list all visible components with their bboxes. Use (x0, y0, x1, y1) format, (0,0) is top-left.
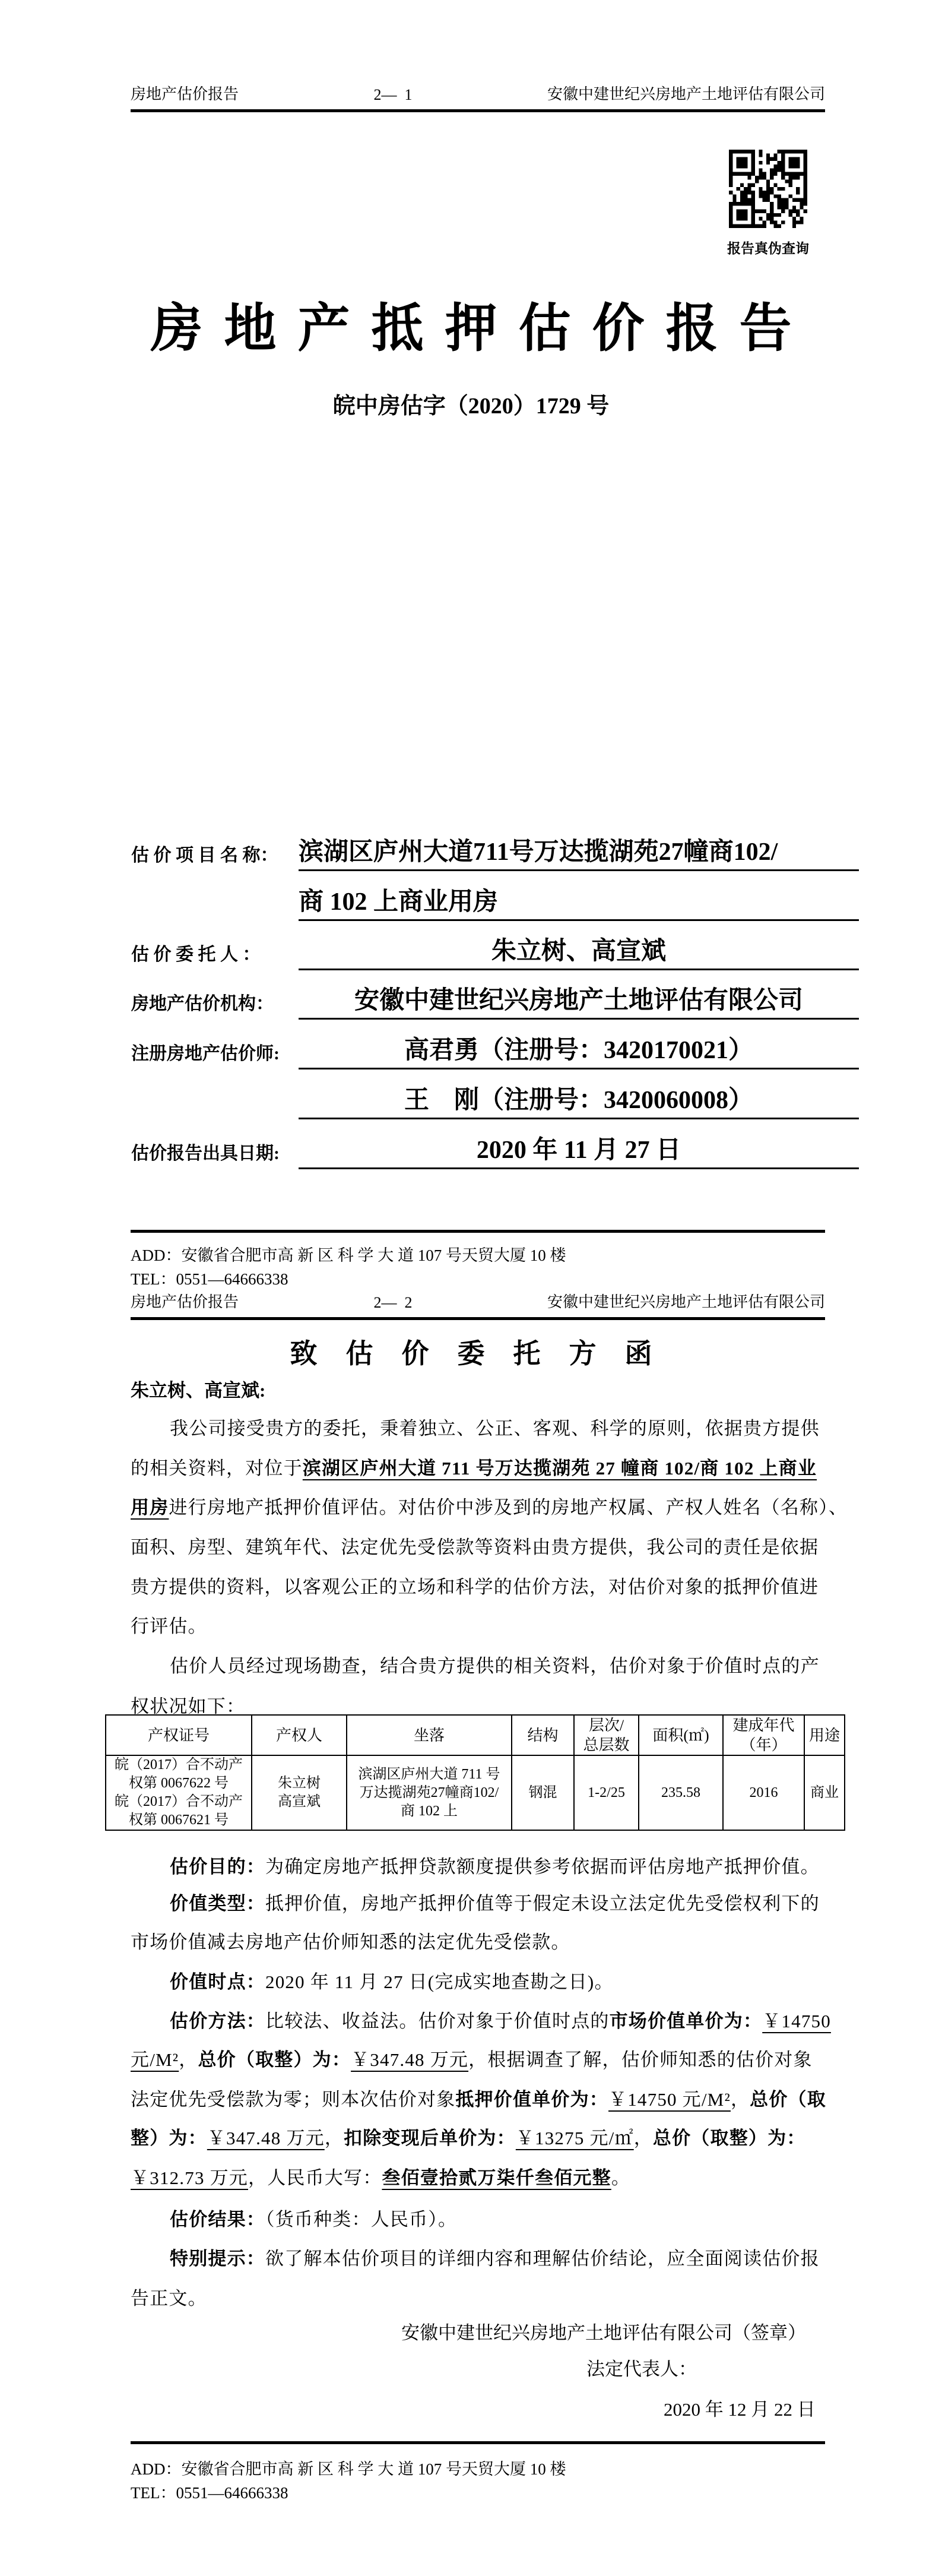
body-line: 的相关资料，对位于滨湖区庐州大道 711 号万达揽湖苑 27 幢商 102/商 … (131, 1453, 843, 1480)
report-number: 皖中房估字（2020）1729 号 (0, 387, 942, 420)
cover-field-project-name-line2: 商 102 上商业用房 (131, 886, 859, 921)
field-value: 滨湖区庐州大道711号万达揽湖苑27幢商102/ (299, 836, 859, 871)
body-line: 我公司接受贵方的委托，秉着独立、公正、客观、科学的原则，依据贵方提供 (131, 1413, 882, 1440)
field-label: 注册房地产估价师: (131, 1039, 299, 1069)
document: 房地产估价报告 2— 1 安徽中建世纪兴房地产土地评估有限公司 报告真伪查询 房… (0, 0, 942, 2576)
body-line: 法定优先受偿款为零；则本次估价对象抵押价值单价为：￥14750 元/M²，总价（… (131, 2084, 843, 2111)
page2-header: 房地产估价报告 2— 2 安徽中建世纪兴房地产土地评估有限公司 (131, 1290, 825, 1320)
col-location: 坐落 (347, 1715, 512, 1755)
body-line: 面积、房型、建筑年代、法定优先受偿款等资料由贵方提供，我公司的责任是依据 (131, 1532, 843, 1559)
body-line: 告正文。 (131, 2283, 843, 2310)
cover-field-client: 估 价 委 托 人 ： 朱立树、高宣斌 (131, 935, 859, 970)
field-value: 商 102 上商业用房 (299, 886, 859, 921)
cell-floor: 1-2/25 (574, 1755, 639, 1830)
cell-location: 滨湖区庐州大道 711 号 万达揽湖苑27幢商102/ 商 102 上 (347, 1755, 512, 1830)
footer-address: ADD：安徽省合肥市高 新 区 科 学 大 道 107 号天贸大厦 10 楼 (131, 1242, 566, 1265)
field-value: 高君勇（注册号：3420170021） (299, 1034, 859, 1069)
body-line: 行评估。 (131, 1611, 843, 1638)
letter-title: 致估价委托方函 (0, 1332, 942, 1371)
field-value: 王 刚（注册号：3420060008） (299, 1084, 859, 1119)
signature-company: 安徽中建世纪兴房地产土地评估有限公司（签章） (401, 2318, 806, 2344)
signature-date: 2020 年 12 月 22 日 (664, 2394, 816, 2421)
field-label: 房地产估价机构： (131, 989, 299, 1020)
col-year-built: 建成年代 （年） (723, 1715, 804, 1755)
field-value: 2020 年 11 月 27 日 (299, 1134, 859, 1169)
col-certificate-no: 产权证号 (106, 1715, 252, 1755)
field-label (131, 1115, 299, 1119)
body-line: 元/M²，总价（取整）为：￥347.48 万元，根据调查了解，估价师知悉的估价对… (131, 2045, 843, 2071)
cover-field-appraiser-1: 注册房地产估价师: 高君勇（注册号：3420170021） (131, 1034, 859, 1069)
cell-area: 235.58 (639, 1755, 723, 1830)
col-area: 面积(㎡) (639, 1715, 723, 1755)
salutation: 朱立树、高宣斌: (131, 1375, 265, 1402)
footer-address: ADD：安徽省合肥市高 新 区 科 学 大 道 107 号天贸大厦 10 楼 (131, 2456, 566, 2479)
field-label: 估 价 委 托 人 ： (131, 939, 299, 970)
cover-field-issue-date: 估价报告出具日期: 2020 年 11 月 27 日 (131, 1134, 859, 1169)
property-rights-table: 产权证号 产权人 坐落 结构 层次/ 总层数 面积(㎡) 建成年代 （年） 用途… (105, 1714, 845, 1831)
body-line: 价值类型：抵押价值，房地产抵押价值等于假定未设立法定优先受偿权利下的 (131, 1888, 882, 1915)
header-page-number: 2— 2 (374, 1294, 413, 1312)
cell-year-built: 2016 (723, 1755, 804, 1830)
body-line: ￥312.73 万元，人民币大写：叁佰壹拾贰万柒仟叁佰元整。 (131, 2163, 843, 2189)
col-structure: 结构 (512, 1715, 574, 1755)
header-doc-type: 房地产估价报告 (131, 82, 239, 104)
field-value: 朱立树、高宣斌 (299, 935, 859, 970)
cover-field-appraiser-2: 王 刚（注册号：3420060008） (131, 1084, 859, 1119)
field-label: 估价报告出具日期: (131, 1138, 299, 1169)
cell-owner: 朱立树 高宣斌 (252, 1755, 347, 1830)
body-line: 用房进行房地产抵押价值评估。对估价中涉及到的房地产权属、产权人姓名（名称）、 (131, 1492, 843, 1519)
field-label: 估 价 项 目 名 称： (131, 840, 299, 871)
body-line: 估价人员经过现场勘查，结合贵方提供的相关资料，估价对象于价值时点的产 (131, 1651, 882, 1678)
page2-footer-divider (131, 2441, 825, 2444)
col-owner: 产权人 (252, 1715, 347, 1755)
qr-caption: 报告真伪查询 (725, 238, 811, 257)
page1-footer-divider (131, 1230, 825, 1233)
body-line: 估价结果：（货币种类：人民币）。 (131, 2204, 882, 2231)
cell-certificate-no: 皖（2017）合不动产 权第 0067622 号 皖（2017）合不动产 权第 … (106, 1755, 252, 1830)
report-title: 房地产抵押估价报告 (0, 287, 942, 362)
cover-field-agency: 房地产估价机构： 安徽中建世纪兴房地产土地评估有限公司 (131, 985, 859, 1020)
table-row: 皖（2017）合不动产 权第 0067622 号 皖（2017）合不动产 权第 … (106, 1755, 845, 1830)
page1-header: 房地产估价报告 2— 1 安徽中建世纪兴房地产土地评估有限公司 (131, 82, 825, 112)
col-floor: 层次/ 总层数 (574, 1715, 639, 1755)
body-line: 贵方提供的资料，以客观公正的立场和科学的估价方法，对估价对象的抵押价值进 (131, 1572, 843, 1599)
qr-code (729, 150, 807, 228)
table-header-row: 产权证号 产权人 坐落 结构 层次/ 总层数 面积(㎡) 建成年代 （年） 用途 (106, 1715, 845, 1755)
field-value: 安徽中建世纪兴房地产土地评估有限公司 (299, 985, 859, 1020)
field-label (131, 916, 299, 921)
signature-legal-rep: 法定代表人： (586, 2354, 697, 2381)
body-line: 估价目的：为确定房地产抵押贷款额度提供参考依据而评估房地产抵押价值。 (131, 1852, 882, 1878)
footer-telephone: TEL：0551—64666338 (131, 1266, 288, 1289)
header-page-number: 2— 1 (374, 86, 413, 104)
col-usage: 用途 (804, 1715, 845, 1755)
cell-usage: 商业 (804, 1755, 845, 1830)
body-line: 估价方法：比较法、收益法。估价对象于价值时点的市场价值单价为：￥14750 (131, 2006, 882, 2033)
header-company: 安徽中建世纪兴房地产土地评估有限公司 (547, 1290, 825, 1312)
footer-telephone: TEL：0551—64666338 (131, 2480, 288, 2503)
cover-field-project-name: 估 价 项 目 名 称： 滨湖区庐州大道711号万达揽湖苑27幢商102/ (131, 836, 859, 871)
cell-structure: 钢混 (512, 1755, 574, 1830)
body-line: 市场价值减去房地产估价师知悉的法定优先受偿款。 (131, 1927, 843, 1954)
body-line: 特别提示：欲了解本估价项目的详细内容和理解估价结论，应全面阅读估价报 (131, 2243, 882, 2270)
body-line: 价值时点：2020 年 11 月 27 日(完成实地查勘之日)。 (131, 1967, 882, 1993)
header-doc-type: 房地产估价报告 (131, 1290, 239, 1312)
header-company: 安徽中建世纪兴房地产土地评估有限公司 (547, 82, 825, 104)
body-line: 整）为：￥347.48 万元，扣除变现后单价为：￥13275 元/㎡，总价（取整… (131, 2123, 843, 2150)
